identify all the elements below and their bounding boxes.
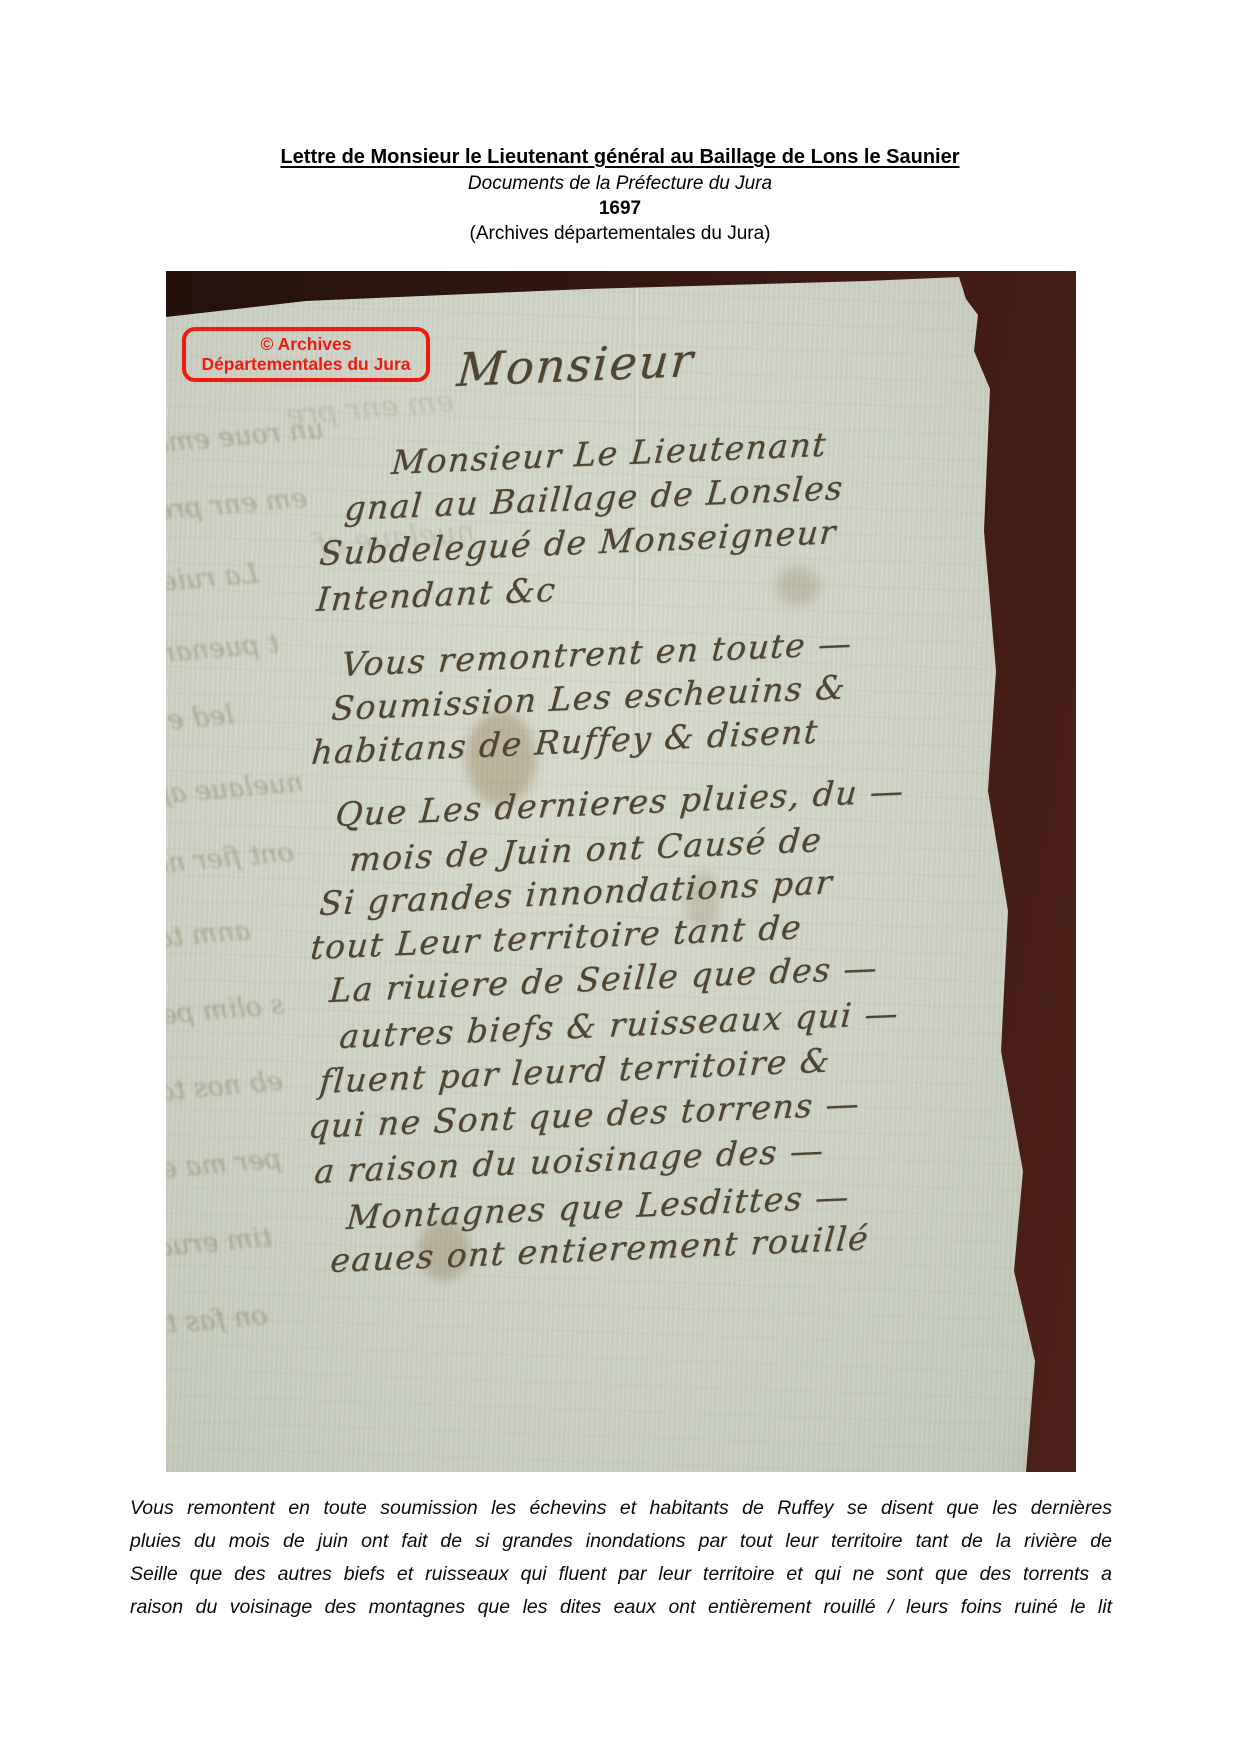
bleed-through-text: tim erua — [166, 1222, 273, 1263]
transcription-line: Vous remontent en toute soumission les é… — [130, 1492, 1112, 1525]
transcription-line: raison du voisinage des montagnes que le… — [130, 1591, 1112, 1624]
transcription-paragraph: Vous remontent en toute soumission les é… — [130, 1492, 1112, 1624]
bleed-through-text: t puenan — [166, 628, 280, 669]
bleed-through-text: on fas te — [166, 1300, 269, 1341]
manuscript-line: Monsieur — [455, 333, 697, 397]
transcription-line: Seille que des autres biefs et ruisseaux… — [130, 1558, 1112, 1591]
bleed-through-text: s olim per — [166, 989, 285, 1032]
bleed-through-text: ont fier ne — [166, 837, 295, 880]
stamp-line-1: © Archives — [190, 334, 422, 354]
bleed-through-text: per ma el — [166, 1143, 283, 1185]
page-subtitle: Documents de la Préfecture du Jura — [0, 173, 1240, 195]
transcription-line: pluies du mois de juin ont fait de si gr… — [130, 1525, 1112, 1558]
bleed-through-text: em enr pre — [285, 384, 455, 434]
manuscript-line: Intendant &c — [315, 570, 558, 619]
manuscript-photo: un roue ema em enr pre La ruier t puenan… — [166, 271, 1076, 1472]
page-title: Lettre de Monsieur le Lieutenant général… — [0, 146, 1240, 169]
bleed-through-text: La ruier — [166, 558, 260, 599]
paper-stain — [776, 566, 820, 606]
bleed-through-text: em enr pre — [166, 482, 308, 526]
bleed-through-text: anm ta — [166, 915, 252, 954]
stamp-line-2: Départementales du Jura — [190, 354, 422, 374]
bleed-through-text: nuelaue af — [166, 767, 305, 810]
title-block: Lettre de Monsieur le Lieutenant général… — [0, 146, 1240, 245]
document-page: Lettre de Monsieur le Lieutenant général… — [0, 0, 1240, 1754]
document-year: 1697 — [0, 198, 1240, 220]
manuscript-paper: un roue ema em enr pre La ruier t puenan… — [166, 271, 1076, 1472]
bleed-through-text: led en — [166, 699, 235, 737]
bleed-through-text: eb nos ta — [166, 1066, 284, 1108]
archive-source: (Archives départementales du Jura) — [0, 223, 1240, 245]
archives-copyright-stamp: © Archives Départementales du Jura — [182, 327, 430, 382]
